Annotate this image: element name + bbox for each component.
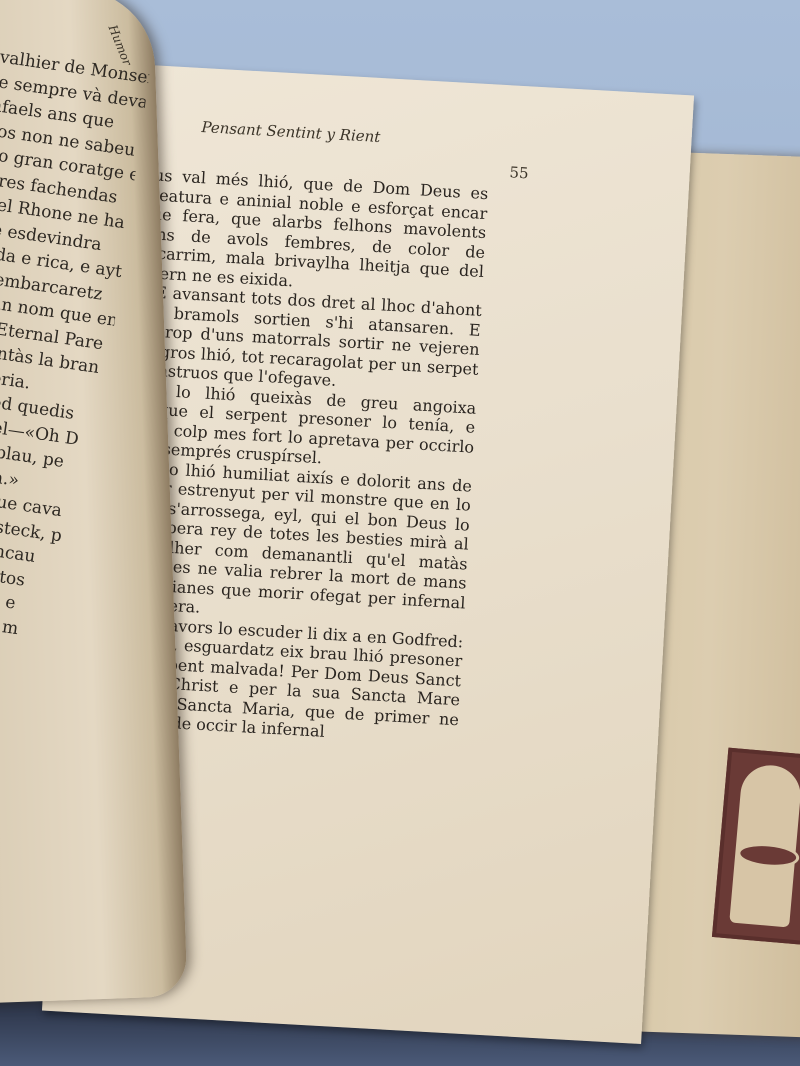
page-number: 55 bbox=[509, 163, 529, 182]
left-page-lines: cavalhier de Monsenyor que sempre và dev… bbox=[0, 43, 151, 770]
ornamental-initial-icon bbox=[712, 748, 800, 947]
paragraph: pus val més lhió, que de Dom Deus es cre… bbox=[138, 165, 489, 301]
running-head: Pensant Sentint y Rient bbox=[201, 118, 381, 146]
photo-scene: Pensant Sentint y Rient 55 pus val més l… bbox=[0, 0, 800, 1066]
paragraph: E avansant tots dos dret al lhoc d'ahont… bbox=[132, 282, 482, 399]
